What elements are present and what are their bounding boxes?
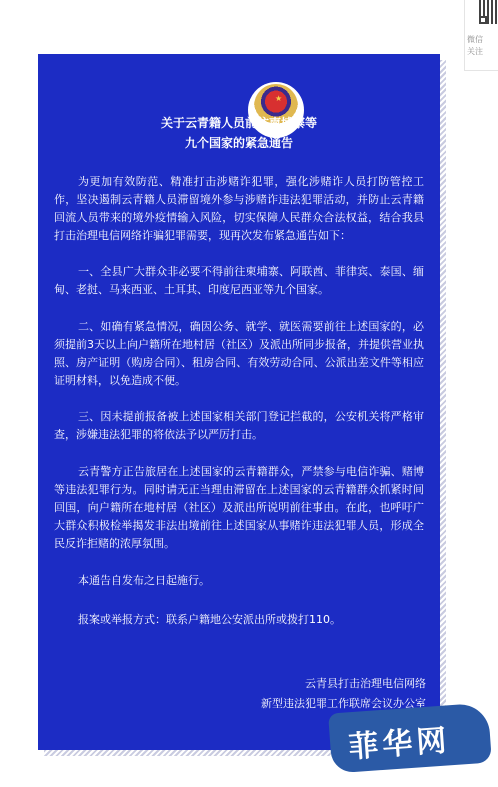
signature-line1: 云青县打击治理电信网络 — [305, 674, 426, 693]
qr-code-icon — [479, 0, 498, 24]
follow-text-line1: 微信 — [467, 34, 483, 46]
notice-panel: ★ 关于云青籍人员前往柬埔寨等 九个国家的紧急通告 为更加有效防范、精准打击涉赌… — [38, 54, 440, 750]
star-icon: ★ — [275, 94, 282, 103]
notice-title-line1: 关于云青籍人员前往柬埔寨等 — [38, 114, 440, 131]
watermark-text: 菲华网 — [347, 715, 452, 766]
notice-item-2: 二、如确有紧急情况，确因公务、就学、就医需要前往上述国家的，必须提前3天以上向户… — [54, 318, 424, 390]
notice-intro: 为更加有效防范、精准打击涉赌诈犯罪，强化涉赌诈人员打防管控工作，坚决遏制云青籍人… — [54, 173, 424, 245]
notice-warning: 云青警方正告旅居在上述国家的云青籍群众，严禁参与电信诈骗、赌博等违法犯罪行为。同… — [54, 463, 424, 553]
follow-text: 微信 关注 — [467, 34, 483, 58]
wechat-follow-card[interactable]: 微信 关注 — [464, 0, 498, 71]
notice-title-line2: 九个国家的紧急通告 — [38, 134, 440, 151]
site-watermark: 菲华网 — [328, 702, 492, 773]
notice-item-3: 三、因未提前报备被上述国家相关部门登记拦截的，公安机关将严格审查，涉嫌违法犯罪的… — [54, 408, 424, 444]
follow-text-line2: 关注 — [467, 46, 483, 58]
notice-item-1: 一、全县广大群众非必要不得前往柬埔寨、阿联酋、菲律宾、泰国、缅甸、老挝、马来西亚… — [54, 263, 424, 299]
notice-report: 报案或举报方式：联系户籍地公安派出所或拨打110。 — [54, 611, 424, 629]
notice-effective: 本通告自发布之日起施行。 — [54, 572, 424, 590]
